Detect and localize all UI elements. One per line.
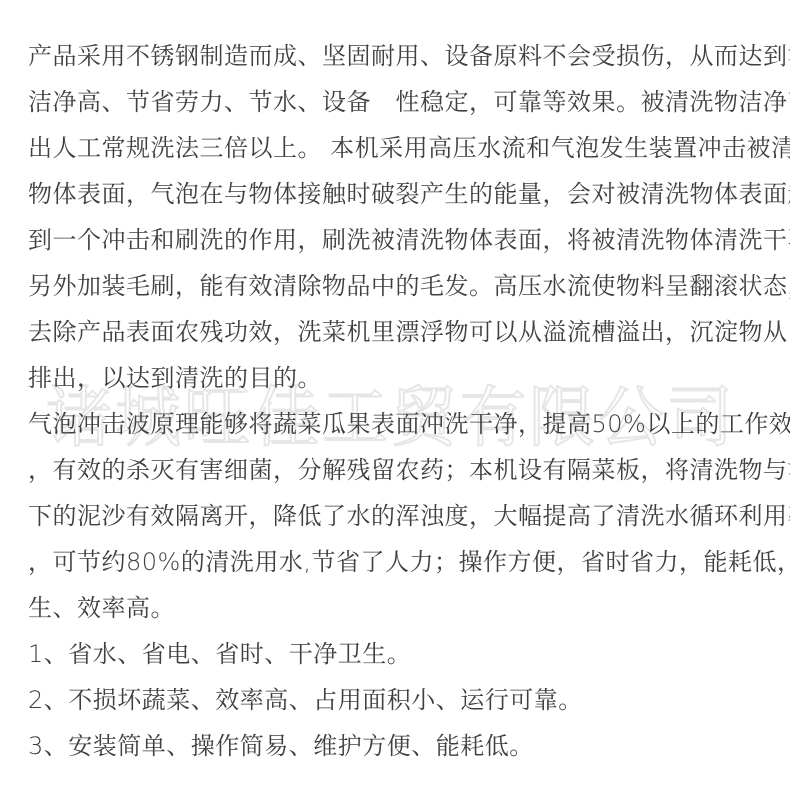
text-line: 产品采用不锈钢制造而成、坚固耐用、设备原料不会受损伤，从而达到洗 xyxy=(28,33,784,79)
text-line: 出人工常规洗法三倍以上。 本机采用高压水流和气泡发生装置冲击被清洗 xyxy=(28,125,784,171)
text-line: 2、不损坏蔬菜、效率高、占用面积小、运行可靠。 xyxy=(28,677,784,723)
description-text: 产品采用不锈钢制造而成、坚固耐用、设备原料不会受损伤，从而达到洗洁净高、节省劳力… xyxy=(28,33,784,769)
text-line: 气泡冲击波原理能够将蔬菜瓜果表面冲洗干净，提高50%以上的工作效率 xyxy=(28,401,784,447)
paragraph-washing-machine-intro: 产品采用不锈钢制造而成、坚固耐用、设备原料不会受损伤，从而达到洗洁净高、节省劳力… xyxy=(28,33,784,401)
text-line: 到一个冲击和刷洗的作用，刷洗被清洗物体表面，将被清洗物体清洗干净 xyxy=(28,217,784,263)
text-line: 另外加装毛刷，能有效清除物品中的毛发。高压水流使物料呈翻滚状态， xyxy=(28,263,784,309)
text-line: 物体表面，气泡在与物体接触时破裂产生的能量，会对被清洗物体表面起 xyxy=(28,171,784,217)
text-line: 排出，以达到清洗的目的。 xyxy=(28,355,784,401)
text-line: ，可节约80%的清洗用水,节省了人力；操作方便，省时省力，能耗低，卫 xyxy=(28,539,784,585)
text-line: 下的泥沙有效隔离开，降低了水的浑浊度，大幅提高了清洗水循环利用率 xyxy=(28,493,784,539)
feature-list: 1、省水、省电、省时、干净卫生。2、不损坏蔬菜、效率高、占用面积小、运行可靠。3… xyxy=(28,631,784,769)
text-line: ，有效的杀灭有害细菌，分解残留农药；本机设有隔菜板，将清洗物与洗 xyxy=(28,447,784,493)
text-line: 洁净高、节省劳力、节水、设备 性稳定，可靠等效果。被清洗物洁净高 xyxy=(28,79,784,125)
text-line: 去除产品表面农残功效，洗菜机里漂浮物可以从溢流槽溢出，沉淀物从口 xyxy=(28,309,784,355)
product-description-page: 诸城旺佳工贸有限公司 产品采用不锈钢制造而成、坚固耐用、设备原料不会受损伤，从而… xyxy=(0,0,790,810)
text-line: 生、效率高。 xyxy=(28,585,784,631)
paragraph-bubble-wash-principle: 气泡冲击波原理能够将蔬菜瓜果表面冲洗干净，提高50%以上的工作效率，有效的杀灭有… xyxy=(28,401,784,631)
text-line: 3、安装简单、操作简易、维护方便、能耗低。 xyxy=(28,723,784,769)
text-line: 1、省水、省电、省时、干净卫生。 xyxy=(28,631,784,677)
